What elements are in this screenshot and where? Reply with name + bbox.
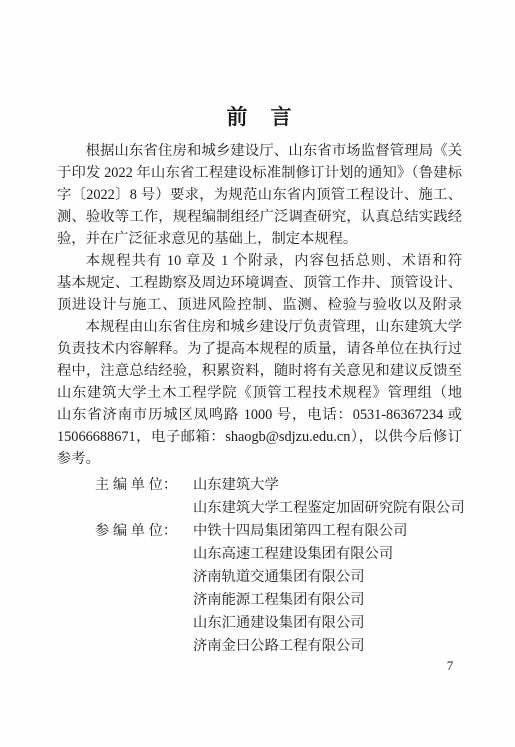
preface-title: 前 言 — [57, 104, 462, 132]
org-name: 济南轨道交通集团有限公司 — [193, 566, 365, 589]
org-name: 山东汇通建设集团有限公司 — [193, 612, 365, 635]
body-line: 验，并在广泛征求意见的基础上，制定本规程。 — [57, 228, 462, 250]
chief-editor-row: 主 编 单 位： 山东建筑大学 — [57, 474, 462, 497]
participating-unit-row: 济南能源工程集团有限公司 — [57, 589, 462, 612]
chief-editor-label: 主 编 单 位： — [95, 474, 177, 497]
body-line: 负责技术内容解释。为了提高本规程的质量，请各单位在执行过 — [57, 338, 462, 360]
body-line: 山东建筑大学土木工程学院《顶管工程技术规程》管理组（地址： — [57, 382, 462, 404]
body-line: 测、验收等工作，规程编制组经广泛调查研究，认真总结实践经 — [57, 206, 462, 228]
org-name: 山东建筑大学工程鉴定加固研究院有限公司 — [193, 497, 465, 520]
org-name: 济南金曰公路工程有限公司 — [193, 635, 365, 658]
body-line: 根据山东省住房和城乡建设厅、山东省市场监督管理局《关 — [57, 140, 462, 162]
participating-unit-row: 山东汇通建设集团有限公司 — [57, 612, 462, 635]
body-line: 顶进设计与施工、顶进风险控制、监测、检验与验收以及附录 A。 — [57, 294, 462, 316]
page-number: 7 — [440, 658, 460, 674]
body-line: 字〔2022〕8 号）要求，为规范山东省内顶管工程设计、施工、监 — [57, 184, 462, 206]
participating-unit-row: 济南轨道交通集团有限公司 — [57, 566, 462, 589]
participating-unit-row: 参 编 单 位： 中铁十四局集团第四工程有限公司 — [57, 520, 462, 543]
body-line: 15066688671，电子邮箱：shaogb@sdjzu.edu.cn），以供… — [57, 426, 462, 448]
chief-editor-row: 山东建筑大学工程鉴定加固研究院有限公司 — [57, 497, 462, 520]
participating-unit-row: 山东高速工程建设集团有限公司 — [57, 543, 462, 566]
editing-units: 主 编 单 位： 山东建筑大学 山东建筑大学工程鉴定加固研究院有限公司 参 编 … — [57, 474, 462, 658]
body-line: 基本规定、工程勘察及周边环境调查、顶管工作井、顶管设计、 — [57, 272, 462, 294]
org-name: 山东建筑大学 — [193, 474, 279, 497]
document-page: 前 言 根据山东省住房和城乡建设厅、山东省市场监督管理局《关 于印发 2022 … — [0, 0, 515, 747]
body-line: 于印发 2022 年山东省工程建设标准制修订计划的通知》（鲁建标 — [57, 162, 462, 184]
participating-unit-row: 济南金曰公路工程有限公司 — [57, 635, 462, 658]
body-line: 参考。 — [57, 448, 462, 470]
org-name: 中铁十四局集团第四工程有限公司 — [193, 520, 407, 543]
preface-body: 根据山东省住房和城乡建设厅、山东省市场监督管理局《关 于印发 2022 年山东省… — [57, 140, 462, 470]
body-line: 程中，注意总结经验，积累资料，随时将有关意见和建议反馈至 — [57, 360, 462, 382]
org-name: 山东高速工程建设集团有限公司 — [193, 543, 393, 566]
body-line: 本规程由山东省住房和城乡建设厅负责管理，山东建筑大学 — [57, 316, 462, 338]
participating-units-label: 参 编 单 位： — [95, 520, 177, 543]
body-line: 本规程共有 10 章及 1 个附录，内容包括总则、术语和符号、 — [57, 250, 462, 272]
body-line: 山东省济南市历城区凤鸣路 1000 号，电话：0531-86367234 或 — [57, 404, 462, 426]
org-name: 济南能源工程集团有限公司 — [193, 589, 365, 612]
